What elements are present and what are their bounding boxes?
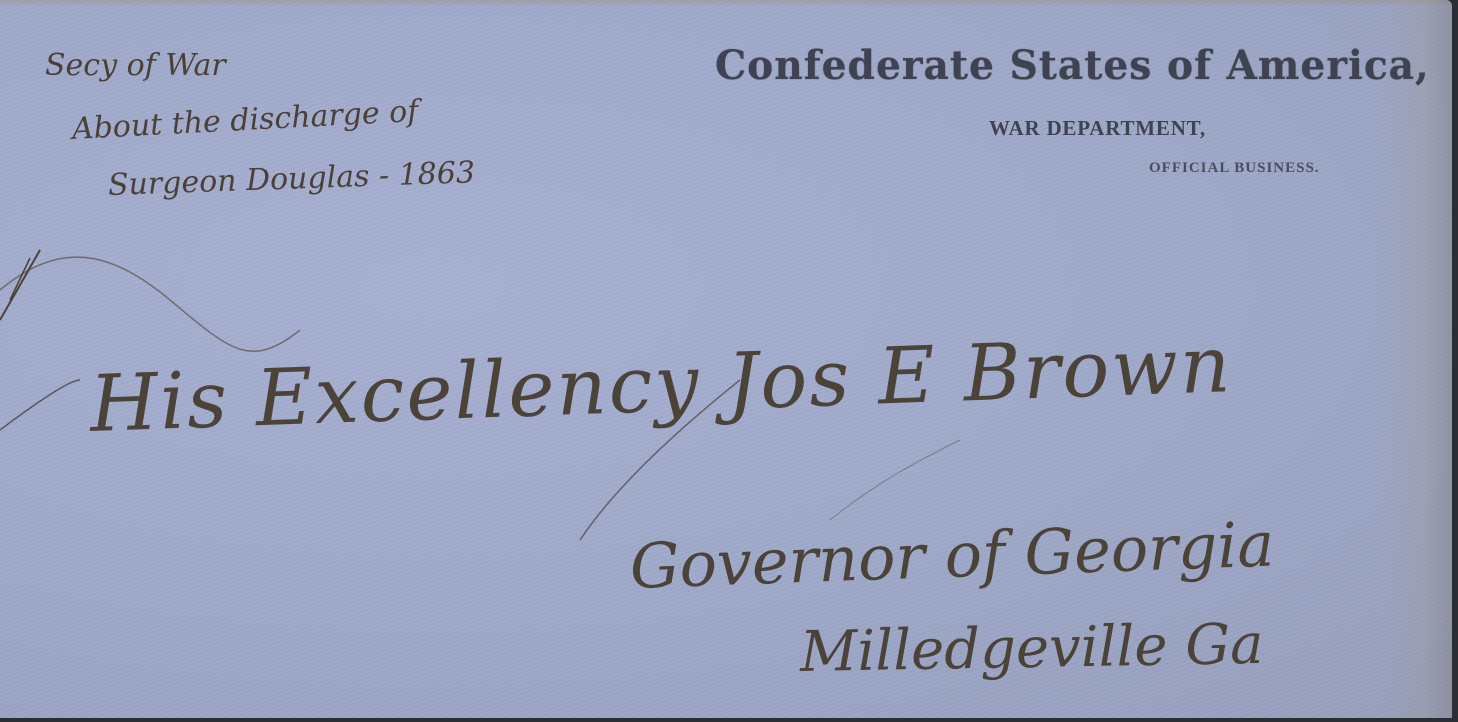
worn-top-edge [0, 0, 1452, 6]
docket-note-line-3: Surgeon Douglas - 1863 [107, 155, 475, 203]
envelope: Confederate States of America, WAR DEPAR… [0, 0, 1452, 718]
docket-note-line-2: About the discharge of [71, 94, 419, 147]
address-line-title: Governor of Georgia [629, 508, 1276, 603]
address-line-city: Milledgeville Ga [799, 612, 1264, 685]
worn-right-edge [1382, 0, 1452, 718]
address-line-recipient: His Excellency Jos E Brown [88, 320, 1233, 450]
letterhead-title: Confederate States of America, [715, 42, 1430, 89]
official-business-marking: OFFICIAL BUSINESS. [1149, 160, 1320, 177]
docket-note-line-1: Secy of War [45, 48, 226, 83]
letterhead-department: WAR DEPARTMENT, [989, 116, 1206, 141]
